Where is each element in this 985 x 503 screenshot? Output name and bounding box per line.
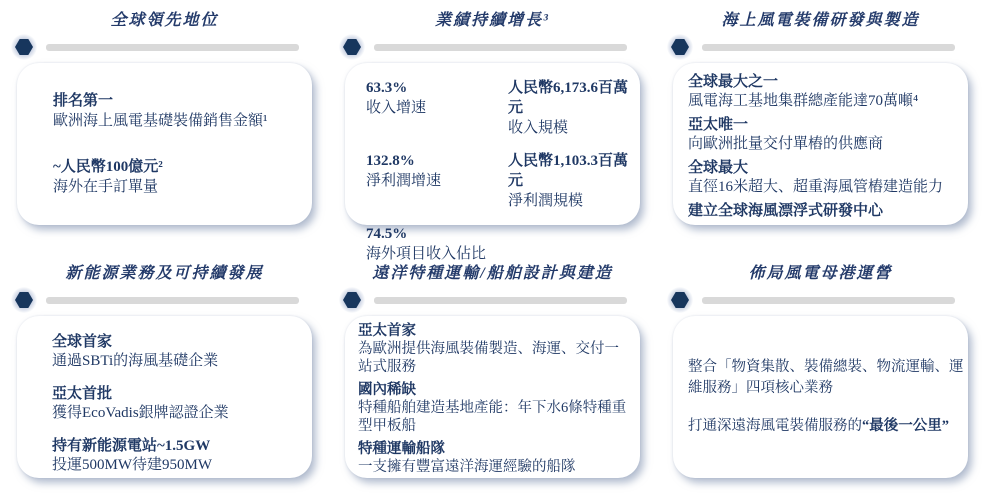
fact-desc: 歐洲海上風電基礎裝備銷售金額¹ <box>53 111 294 131</box>
fact-item: 持有新能源電站~1.5GW 投運500MW待建950MW <box>52 437 304 475</box>
panel-header <box>667 287 955 313</box>
stat-value: 人民幣1,103.3百萬元 <box>508 151 634 191</box>
panel-header <box>339 34 627 60</box>
fact-head: 持有新能源電站~1.5GW <box>52 437 304 456</box>
divider-bar <box>702 44 955 51</box>
stat-label: 淨利潤增速 <box>366 171 508 191</box>
fact-desc: 直徑16米超大、超重海風管樁建造能力 <box>688 178 962 197</box>
fact-desc: 海外在手訂單量 <box>53 177 294 197</box>
panel-performance-growth: 業績持續增長³ 63.3% 收入增速 人民幣6,173.6百萬元 收入規模 13… <box>328 0 657 250</box>
stat-value: 人民幣6,173.6百萬元 <box>508 78 634 118</box>
panel-card: 排名第一 歐洲海上風電基礎裝備銷售金額¹ ~人民幣100億元² 海外在手訂單量 <box>17 63 312 225</box>
infographic-page: 全球領先地位 排名第一 歐洲海上風電基礎裝備銷售金額¹ ~人民幣100億元² 海… <box>0 0 985 503</box>
panel-header <box>11 34 299 60</box>
stat-value: 63.3% <box>366 78 508 98</box>
hexagon-icon <box>339 34 365 60</box>
panel-card: 63.3% 收入增速 人民幣6,173.6百萬元 收入規模 132.8% 淨利潤… <box>345 63 640 225</box>
fact-item: 全球首家 通過SBTi的海風基礎企業 <box>52 333 304 371</box>
stat-label: 淨利潤規模 <box>508 191 634 211</box>
panel-header <box>11 287 299 313</box>
fact-desc: 一支擁有豐富遠洋海運經驗的船隊 <box>358 458 630 476</box>
stat-item: 63.3% 收入增速 <box>366 78 508 138</box>
fact-head: 全球首家 <box>52 333 304 352</box>
divider-bar <box>374 44 627 51</box>
hexagon-icon <box>339 287 365 313</box>
fact-desc: 為歐洲提供海風裝備製造、海運、交付一站式服務 <box>358 340 630 376</box>
hexagon-icon <box>667 287 693 313</box>
panel-offshore-equipment: 海上風電裝備研發與製造 全球最大之一 風電海工基地集群總產能達70萬噸⁴ 亞太唯… <box>656 0 985 250</box>
fact-item: 特種運輸船隊 一支擁有豐富遠洋海運經驗的船隊 <box>358 440 630 476</box>
fact-desc: 獲得EcoVadis銀牌認證企業 <box>52 404 304 423</box>
divider-bar <box>46 297 299 304</box>
fact-item: 亞太首家 為歐洲提供海風裝備製造、海運、交付一站式服務 <box>358 322 630 376</box>
fact-head: 全球最大之一 <box>688 73 962 92</box>
panel-card: 全球首家 通過SBTi的海風基礎企業 亞太首批 獲得EcoVadis銀牌認證企業… <box>17 316 312 478</box>
panel-title: 新能源業務及可持續發展 <box>0 253 329 284</box>
divider-bar <box>702 297 955 304</box>
fact-item: 全球最大 直徑16米超大、超重海風管樁建造能力 <box>688 159 962 197</box>
fact-head: 亞太首家 <box>358 322 630 340</box>
fact-text: 打通深遠海風電裝備服務的 <box>688 418 862 434</box>
panel-title: 業績持續增長³ <box>328 0 657 31</box>
fact-item: 排名第一 歐洲海上風電基礎裝備銷售金額¹ <box>53 91 294 131</box>
fact-head: 特種運輸船隊 <box>358 440 630 458</box>
fact-head: 亞太唯一 <box>688 116 962 135</box>
fact-head: 建立全球海風漂浮式研發中心 <box>688 202 962 221</box>
panel-special-transport-shipbuilding: 遠洋特種運輸/船舶設計與建造 亞太首家 為歐洲提供海風裝備製造、海運、交付一站式… <box>328 253 657 503</box>
panel-new-energy-sustainability: 新能源業務及可持續發展 全球首家 通過SBTi的海風基礎企業 亞太首批 獲得Ec… <box>0 253 329 503</box>
hexagon-icon <box>11 287 37 313</box>
stat-item: 132.8% 淨利潤增速 <box>366 151 508 211</box>
hexagon-icon <box>11 34 37 60</box>
fact-head: 排名第一 <box>53 91 294 111</box>
fact-item: 全球最大之一 風電海工基地集群總產能達70萬噸⁴ <box>688 73 962 111</box>
stat-label: 收入規模 <box>508 118 634 138</box>
divider-bar <box>46 44 299 51</box>
panel-card: 亞太首家 為歐洲提供海風裝備製造、海運、交付一站式服務 國內稀缺 特種船舶建造基… <box>345 316 640 478</box>
panel-header <box>667 34 955 60</box>
panel-header <box>339 287 627 313</box>
fact-desc: 特種船舶建造基地產能：年下水6條特種重型甲板船 <box>358 399 630 435</box>
fact-desc: 風電海工基地集群總產能達70萬噸⁴ <box>688 92 962 111</box>
fact-desc: 向歐洲批量交付單樁的供應商 <box>688 135 962 154</box>
fact-item: 亞太首批 獲得EcoVadis銀牌認證企業 <box>52 385 304 423</box>
panel-global-leading: 全球領先地位 排名第一 歐洲海上風電基礎裝備銷售金額¹ ~人民幣100億元² 海… <box>0 0 329 250</box>
stat-item: 人民幣1,103.3百萬元 淨利潤規模 <box>508 151 634 211</box>
fact-head: 全球最大 <box>688 159 962 178</box>
fact-item: 亞太唯一 向歐洲批量交付單樁的供應商 <box>688 116 962 154</box>
panel-card: 全球最大之一 風電海工基地集群總產能達70萬噸⁴ 亞太唯一 向歐洲批量交付單樁的… <box>673 63 968 225</box>
panel-card: 整合「物資集散、裝備總裝、物流運輸、運維服務」四項核心業務 打通深遠海風電裝備服… <box>673 316 968 478</box>
fact-head: 國內稀缺 <box>358 381 630 399</box>
fact-highlight: “最後一公里” <box>862 418 949 434</box>
panel-title: 佈局風電母港運營 <box>656 253 985 284</box>
panel-title: 全球領先地位 <box>0 0 329 31</box>
fact-item: 國內稀缺 特種船舶建造基地產能：年下水6條特種重型甲板船 <box>358 381 630 435</box>
stat-label: 收入增速 <box>366 98 508 118</box>
fact-desc: 投運500MW待建950MW <box>52 456 304 475</box>
stat-value: 74.5% <box>366 224 508 244</box>
fact-paragraph: 整合「物資集散、裝備總裝、物流運輸、運維服務」四項核心業務 <box>688 357 964 399</box>
hexagon-icon <box>667 34 693 60</box>
stat-value: 132.8% <box>366 151 508 171</box>
panel-title: 遠洋特種運輸/船舶設計與建造 <box>328 253 657 284</box>
fact-desc: 通過SBTi的海風基礎企業 <box>52 352 304 371</box>
fact-head: 亞太首批 <box>52 385 304 404</box>
panel-title: 海上風電裝備研發與製造 <box>656 0 985 31</box>
panel-mother-port-operation: 佈局風電母港運營 整合「物資集散、裝備總裝、物流運輸、運維服務」四項核心業務 打… <box>656 253 985 503</box>
fact-item: 建立全球海風漂浮式研發中心 <box>688 202 962 221</box>
stat-item: 人民幣6,173.6百萬元 收入規模 <box>508 78 634 138</box>
fact-head: ~人民幣100億元² <box>53 157 294 177</box>
divider-bar <box>374 297 627 304</box>
fact-paragraph: 打通深遠海風電裝備服務的“最後一公里” <box>688 416 964 437</box>
fact-item: ~人民幣100億元² 海外在手訂單量 <box>53 157 294 197</box>
